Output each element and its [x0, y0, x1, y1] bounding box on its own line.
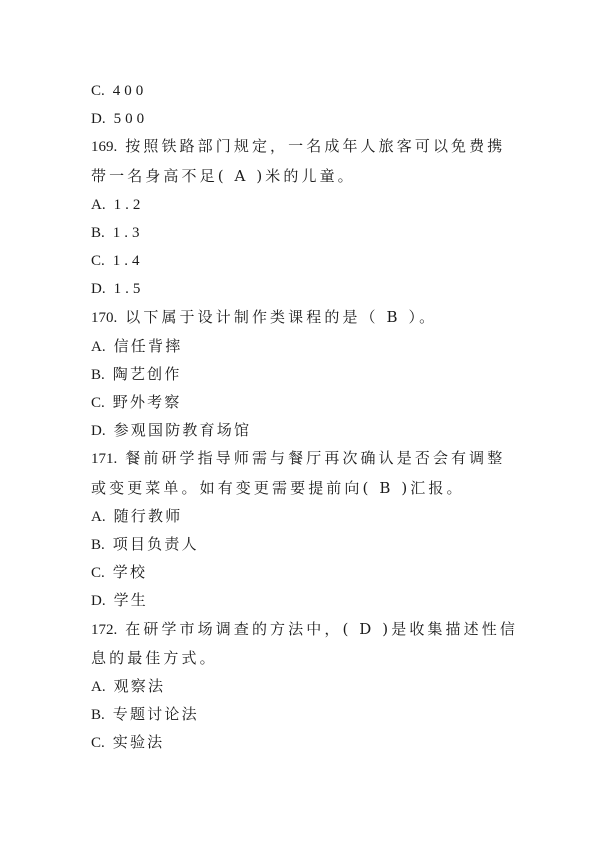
option-text: 项目负责人	[113, 535, 199, 553]
question-172: 172.在研学市场调查的方法中，( D )是收集描述性信息的最佳方式。	[91, 615, 523, 672]
option-172-b: B.专题讨论法	[91, 700, 523, 728]
option-key: C.	[91, 735, 105, 751]
option-text: 参观国防教育场馆	[114, 421, 252, 439]
question-number: 170.	[91, 310, 117, 326]
option-171-a: A.随行教师	[91, 502, 523, 530]
option-prev-c: C.400	[91, 76, 523, 104]
document-page: C.400 D.500 169.按照铁路部门规定，一名成年人旅客可以免费携带一名…	[91, 76, 523, 757]
option-key: A.	[91, 339, 106, 355]
option-170-c: C.野外考察	[91, 388, 523, 416]
option-text: 陶艺创作	[113, 365, 182, 383]
option-text: 学生	[114, 591, 148, 609]
option-prev-d: D.500	[91, 104, 523, 132]
question-number: 171.	[91, 451, 117, 467]
option-text: 随行教师	[114, 507, 183, 525]
option-key: C.	[91, 253, 105, 269]
option-text: 1.5	[114, 281, 145, 297]
option-key: A.	[91, 679, 106, 695]
option-key: D.	[91, 111, 106, 127]
option-171-d: D.学生	[91, 586, 523, 614]
option-172-c: C.实验法	[91, 728, 523, 756]
option-text: 实验法	[113, 733, 165, 751]
option-170-d: D.参观国防教育场馆	[91, 416, 523, 444]
option-text: 1.4	[113, 253, 144, 269]
question-text: 餐前研学指导师需与餐厅再次确认是否会有调整或变更菜单。如有变更需要提前向( B …	[91, 449, 505, 496]
option-text: 野外考察	[113, 393, 182, 411]
option-169-c: C.1.4	[91, 246, 523, 274]
question-text: 在研学市场调查的方法中，( D )是收集描述性信息的最佳方式。	[91, 620, 518, 667]
question-170: 170.以下属于设计制作类课程的是（ B ）。	[91, 303, 523, 332]
option-key: B.	[91, 225, 105, 241]
option-text: 观察法	[114, 677, 166, 695]
option-key: D.	[91, 593, 106, 609]
question-text: 按照铁路部门规定，一名成年人旅客可以免费携带一名身高不足( A )米的儿童。	[91, 137, 505, 184]
option-170-a: A.信任背摔	[91, 332, 523, 360]
option-key: B.	[91, 707, 105, 723]
option-key: D.	[91, 423, 106, 439]
option-key: B.	[91, 367, 105, 383]
option-text: 1.3	[113, 225, 144, 241]
option-170-b: B.陶艺创作	[91, 360, 523, 388]
option-key: C.	[91, 565, 105, 581]
option-172-a: A.观察法	[91, 672, 523, 700]
option-text: 信任背摔	[114, 337, 183, 355]
option-text: 学校	[113, 563, 147, 581]
option-text: 1.2	[114, 197, 145, 213]
option-text: 400	[113, 83, 148, 99]
question-171: 171.餐前研学指导师需与餐厅再次确认是否会有调整或变更菜单。如有变更需要提前向…	[91, 444, 523, 501]
option-key: D.	[91, 281, 106, 297]
option-key: A.	[91, 197, 106, 213]
option-key: C.	[91, 83, 105, 99]
option-key: A.	[91, 509, 106, 525]
question-number: 169.	[91, 139, 117, 155]
question-text: 以下属于设计制作类课程的是（ B ）。	[125, 308, 437, 326]
option-key: C.	[91, 395, 105, 411]
question-169: 169.按照铁路部门规定，一名成年人旅客可以免费携带一名身高不足( A )米的儿…	[91, 132, 523, 189]
question-number: 172.	[91, 622, 117, 638]
option-169-b: B.1.3	[91, 218, 523, 246]
option-text: 500	[114, 111, 149, 127]
option-171-c: C.学校	[91, 558, 523, 586]
option-171-b: B.项目负责人	[91, 530, 523, 558]
option-169-d: D.1.5	[91, 274, 523, 302]
option-key: B.	[91, 537, 105, 553]
option-text: 专题讨论法	[113, 705, 199, 723]
option-169-a: A.1.2	[91, 190, 523, 218]
